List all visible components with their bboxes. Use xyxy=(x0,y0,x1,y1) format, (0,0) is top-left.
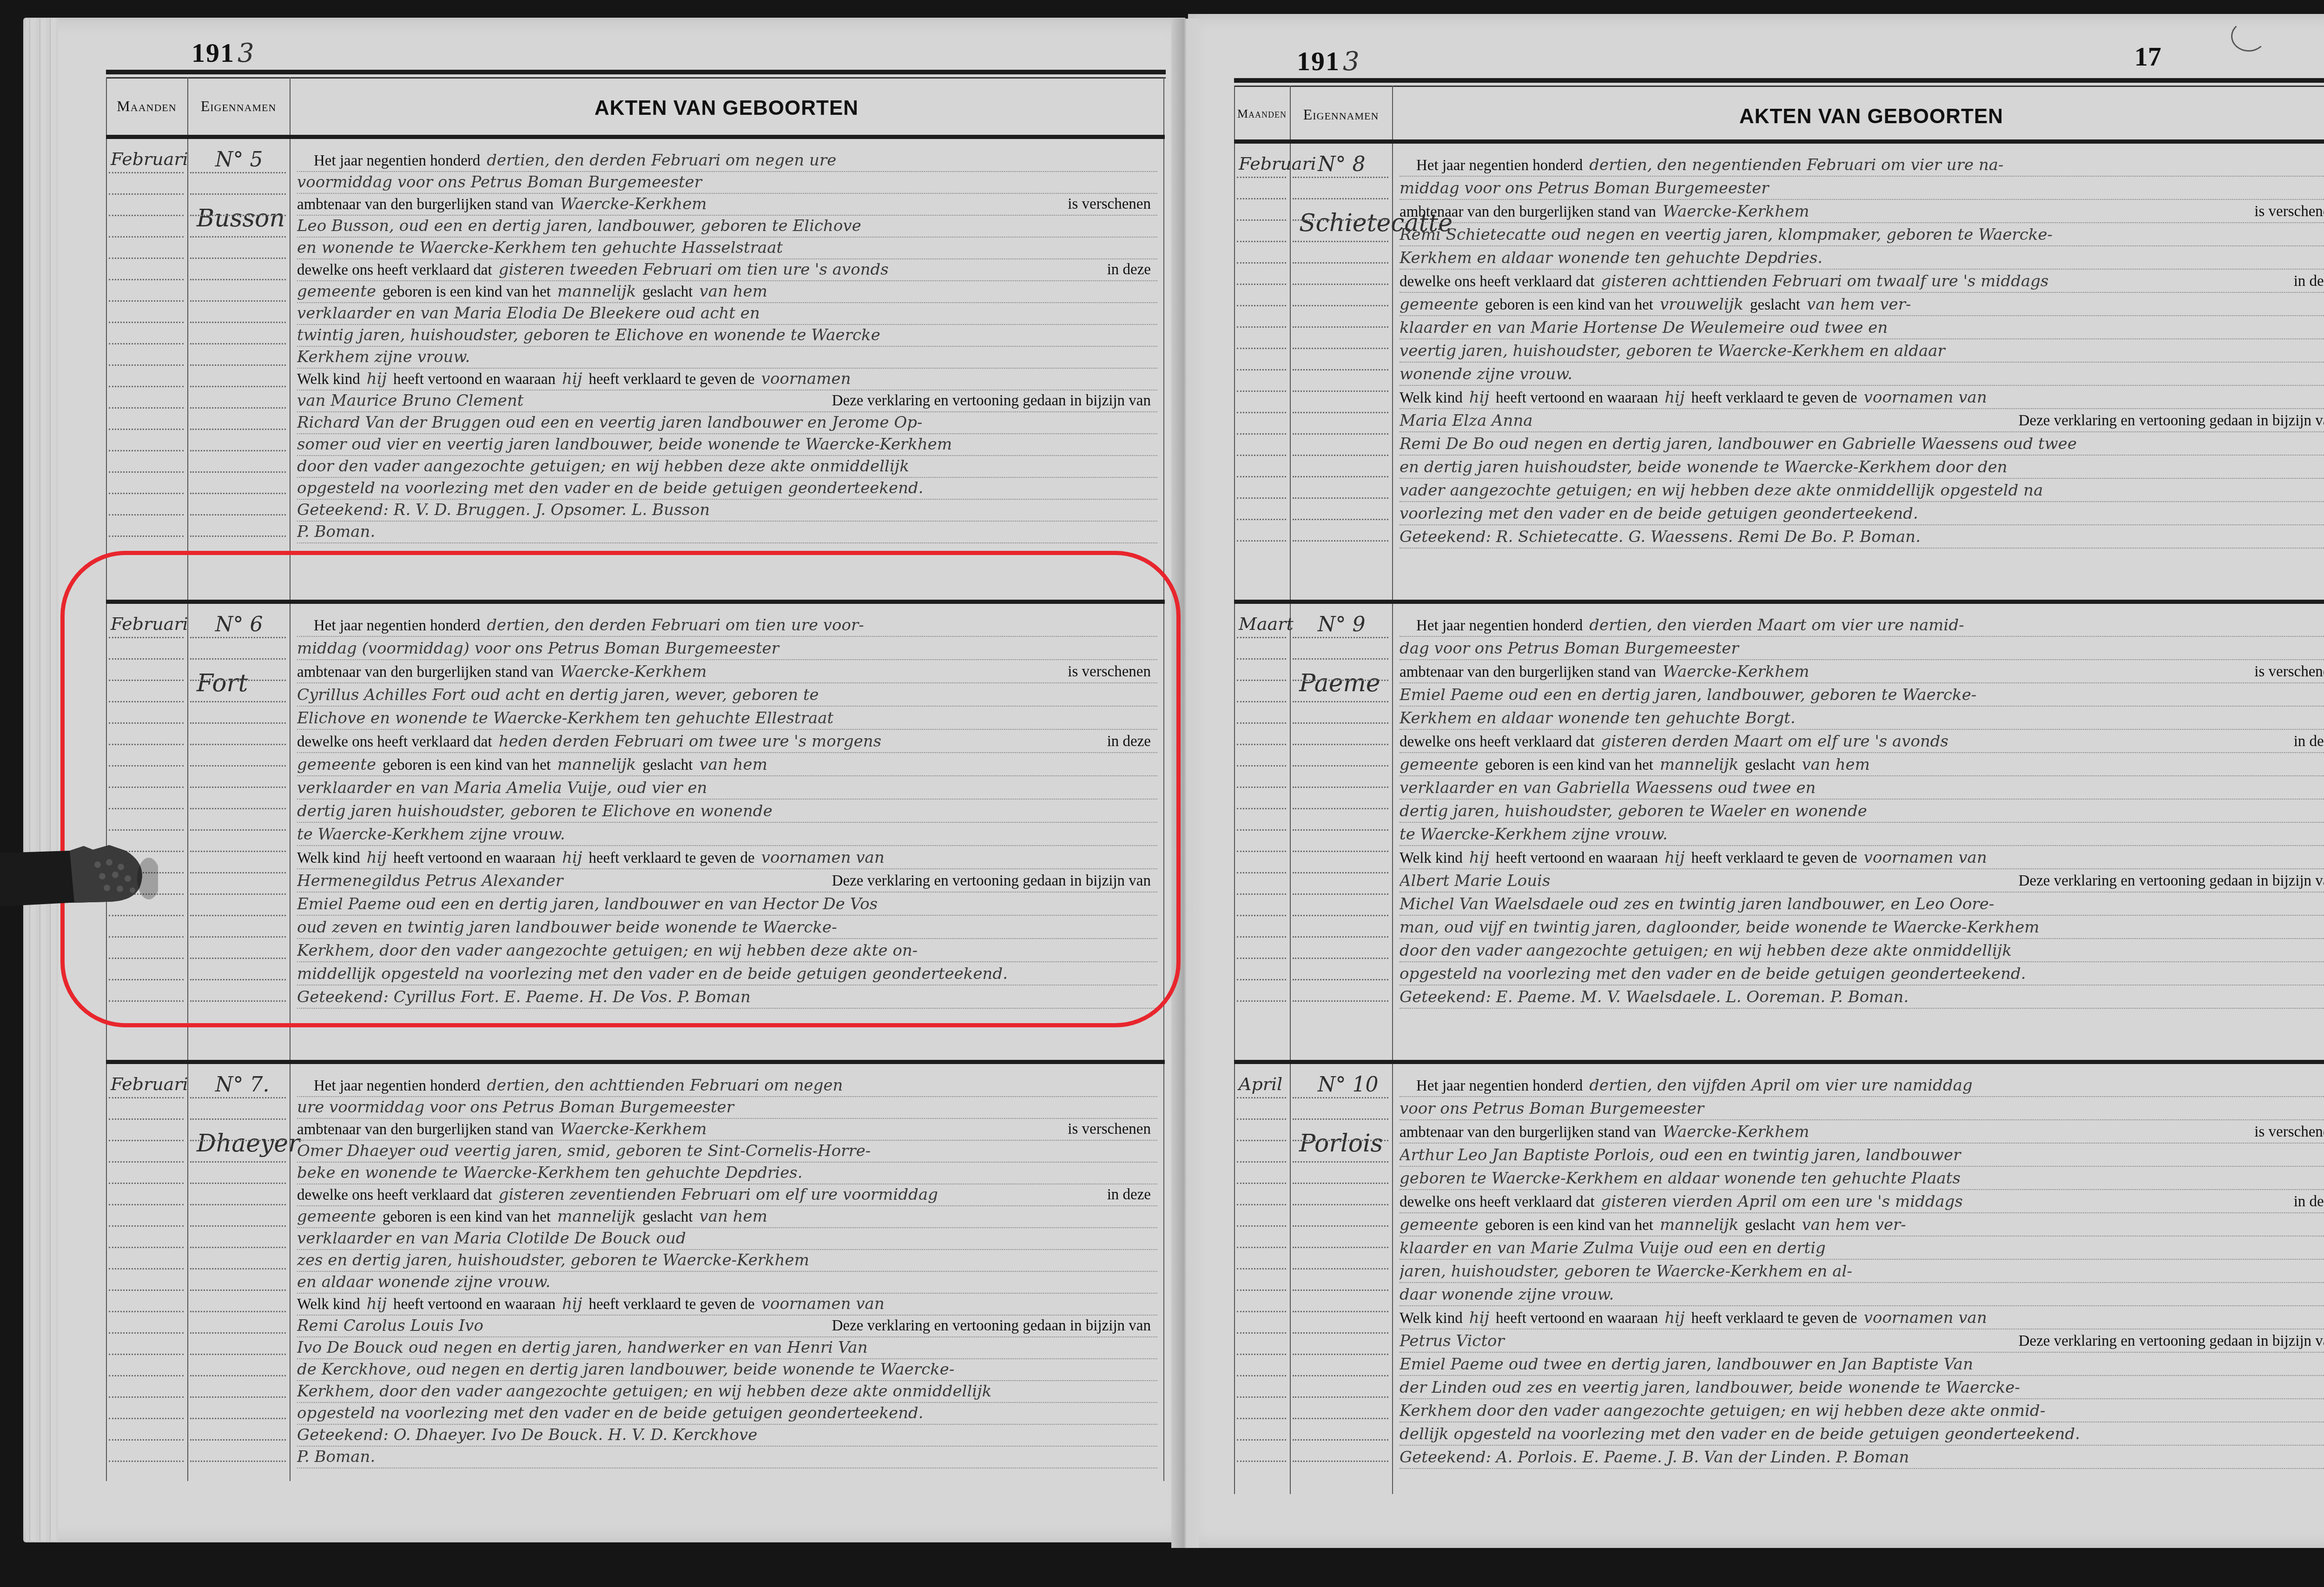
guide-line xyxy=(109,1332,184,1334)
record-line: van Maurice Bruno ClementDeze verklaring… xyxy=(297,390,1157,412)
record-line: verklaarder en van Maria Elodia De Bleek… xyxy=(297,303,1157,325)
guide-line xyxy=(190,1161,286,1163)
printed-form-text: dewelke ons heeft verklaard dat xyxy=(1400,1194,1595,1210)
record-line: vader aangezochte getuigen; en wij hebbe… xyxy=(1400,480,2324,502)
guide-line xyxy=(109,1461,184,1462)
guide-line xyxy=(1237,958,1286,959)
guide-line xyxy=(1293,476,1388,477)
printed-form-text: Welk kind xyxy=(297,1296,360,1313)
guide-line xyxy=(190,1225,286,1227)
guide-line xyxy=(1293,1461,1388,1462)
handwritten-text: mannelijk xyxy=(557,1207,636,1226)
guide-line xyxy=(1293,326,1388,328)
guide-line xyxy=(109,193,184,195)
handwritten-text: dertien, den negentienden Februari om vi… xyxy=(1589,156,2003,174)
guide-line xyxy=(1293,1311,1388,1312)
guide-line xyxy=(1237,326,1286,328)
guide-line xyxy=(1237,540,1286,542)
handwritten-text: opgesteld na voorlezing met den vader en… xyxy=(1400,965,2026,983)
record-text-block: Het jaar negentien honderddertien, den a… xyxy=(297,1075,1157,1475)
guide-line xyxy=(190,258,286,259)
record-line: door den vader aangezochte getuigen; en … xyxy=(1400,940,2324,962)
printed-form-text: in deze xyxy=(2294,271,2324,292)
printed-form-text: heeft verklaard te geven de xyxy=(1691,1310,1857,1327)
year-printed: 191 xyxy=(1297,46,1340,76)
handwritten-text: ure voormiddag voor ons Petrus Boman Bur… xyxy=(297,1098,734,1117)
record-line: somer oud vier en veertig jaren landbouw… xyxy=(297,434,1157,456)
record-line: gemeentegeboren is een kind van hetmanne… xyxy=(1400,1214,2324,1237)
handwritten-text: Geteekend: R. V. D. Bruggen. J. Opsomer.… xyxy=(297,501,710,519)
guide-line xyxy=(109,258,184,259)
guide-line xyxy=(1293,519,1388,520)
entry-number: N° 7. xyxy=(215,1073,269,1097)
guide-line xyxy=(1237,936,1286,938)
handwritten-text: en wonende te Waercke-Kerkhem ten gehuch… xyxy=(297,238,783,257)
guide-line xyxy=(190,1354,286,1355)
guide-line xyxy=(1237,1311,1286,1312)
guide-line xyxy=(1293,412,1388,413)
handwritten-text: man, oud vijf en twintig jaren, dagloond… xyxy=(1400,918,2040,937)
guide-line xyxy=(1237,497,1286,499)
guide-line xyxy=(1293,765,1388,767)
guide-line xyxy=(1237,701,1286,702)
record-line: P. Boman. xyxy=(297,1446,1157,1468)
handwritten-text: voor ons Petrus Boman Burgemeester xyxy=(1400,1099,1704,1118)
guide-line xyxy=(1237,1204,1286,1205)
guide-line xyxy=(190,1118,286,1120)
printed-form-text: geboren is een kind van het xyxy=(383,1209,551,1225)
record-line: Geteekend: O. Dhaeyer. Ivo De Bouck. H. … xyxy=(297,1424,1157,1447)
guide-line xyxy=(1237,177,1286,178)
guide-line xyxy=(109,343,184,344)
printed-form-text: is verschenen xyxy=(2254,1121,2324,1143)
handwritten-text: en dertig jaren huishoudster, beide wone… xyxy=(1400,458,2007,476)
handwritten-text: verklaarder en van Maria Elodia De Bleek… xyxy=(297,304,760,323)
printed-form-text: ambtenaar van den burgerlijken stand van xyxy=(1400,204,1656,220)
page-stack-edge xyxy=(26,19,58,1541)
guide-line xyxy=(1237,808,1286,809)
handwritten-text: Petrus Victor xyxy=(1400,1332,1505,1350)
header-top-rule-thin xyxy=(1234,86,2324,87)
handwritten-text: van Maurice Bruno Clement xyxy=(297,391,524,410)
header-maanden: Maanden xyxy=(1234,107,1290,121)
guide-line xyxy=(1237,369,1286,370)
handwritten-text: voornamen van xyxy=(1864,1309,1987,1327)
handwritten-text: Waercke-Kerkhem xyxy=(560,195,707,213)
printed-form-text: Welk kind xyxy=(1400,390,1463,406)
guide-line xyxy=(190,343,286,344)
guide-line xyxy=(1293,637,1388,638)
birth-record-entry: AprilN° 10PorloisHet jaar negentien hond… xyxy=(1234,1060,2324,1478)
guide-line xyxy=(190,386,286,387)
record-line: Geteekend: E. Paeme. M. V. Waelsdaele. L… xyxy=(1400,986,2324,1009)
guide-line xyxy=(190,1396,286,1398)
guide-line xyxy=(1293,851,1388,852)
guide-line xyxy=(1237,348,1286,349)
entry-number: N° 10 xyxy=(1318,1073,1378,1097)
guide-line xyxy=(1293,369,1388,370)
printed-form-text: ambtenaar van den burgerlijken stand van xyxy=(1400,664,1656,681)
handwritten-text: Richard Van der Bruggen oud een en veert… xyxy=(297,413,923,432)
guide-line xyxy=(1293,1418,1388,1419)
printed-form-text: Welk kind xyxy=(1400,850,1463,866)
printed-form-text: heeft verklaard te geven de xyxy=(588,1296,754,1313)
guide-line xyxy=(1237,1375,1286,1376)
guide-line xyxy=(190,536,286,537)
printed-form-text: is verschenen xyxy=(1068,193,1151,215)
printed-form-text: Deze verklaring en vertooning gedaan in … xyxy=(2019,870,2324,892)
handwritten-text: gisteren tweeden Februari om tien ure 's… xyxy=(499,260,889,279)
handwritten-text: Geteekend: A. Porlois. E. Paeme. J. B. V… xyxy=(1400,1448,1909,1467)
printed-form-text: Het jaar negentien honderd xyxy=(314,152,480,169)
record-line: Albert Marie LouisDeze verklaring en ver… xyxy=(1400,870,2324,893)
printed-form-text: geslacht xyxy=(1745,1217,1795,1234)
handwritten-text: gisteren zeventienden Februari om elf ur… xyxy=(499,1185,938,1204)
record-line: voorlezing met den vader en de beide get… xyxy=(1400,503,2324,525)
entry-month: Februari xyxy=(1239,153,1316,174)
handwritten-text: klaarder en van Marie Zulma Vuije oud ee… xyxy=(1400,1239,1826,1257)
guide-line xyxy=(109,1225,184,1227)
record-line: Het jaar negentien honderddertien, den n… xyxy=(1400,154,2324,177)
guide-line xyxy=(109,536,184,537)
handwritten-text: Michel Van Waelsdaele oud zes en twintig… xyxy=(1400,895,1994,913)
year-printed: 191 xyxy=(191,38,235,68)
handwritten-text: dag voor ons Petrus Boman Burgemeester xyxy=(1400,639,1739,658)
record-line: ambtenaar van den burgerlijken stand van… xyxy=(1400,1121,2324,1144)
guide-line xyxy=(1237,787,1286,788)
record-line: dewelke ons heeft verklaard datgisteren … xyxy=(1400,271,2324,293)
guide-line xyxy=(190,1375,286,1376)
handwritten-text: hij xyxy=(1664,1309,1684,1327)
guide-line xyxy=(1237,305,1286,306)
record-line: ambtenaar van den burgerlijken stand van… xyxy=(1400,661,2324,683)
guide-line xyxy=(1293,787,1388,788)
record-line: Leo Busson, oud een en dertig jaren, lan… xyxy=(297,215,1157,238)
header-top-rule xyxy=(1234,78,2324,83)
printed-form-text: heeft vertoond en waaraan xyxy=(393,371,555,388)
handwritten-text: der Linden oud zes en veertig jaren, lan… xyxy=(1400,1378,2020,1397)
guide-line xyxy=(1237,893,1286,895)
printed-form-text: heeft vertoond en waaraan xyxy=(393,1296,555,1313)
guide-line xyxy=(109,450,184,451)
record-line: Remi De Bo oud negen en dertig jaren, la… xyxy=(1400,433,2324,456)
guide-line xyxy=(1293,177,1388,178)
handwritten-text: hij xyxy=(1664,848,1684,867)
highlight-annotation-entry-6 xyxy=(60,551,1181,1027)
record-line: opgesteld na voorlezing met den vader en… xyxy=(297,1402,1157,1425)
handwritten-text: Albert Marie Louis xyxy=(1400,872,1550,890)
handwritten-text: Kerkhem en aldaar wonende ten gehuchte D… xyxy=(1400,249,1822,267)
printed-form-text: geboren is een kind van het xyxy=(1485,297,1653,313)
guide-line xyxy=(109,1439,184,1441)
entry-month: Februari xyxy=(111,149,188,169)
printed-form-text: dewelke ons heeft verklaard dat xyxy=(297,1187,492,1203)
record-line: Geteekend: A. Porlois. E. Paeme. J. B. V… xyxy=(1400,1447,2324,1469)
printed-form-text: geslacht xyxy=(1750,297,1800,313)
printed-form-text: Het jaar negentien honderd xyxy=(1416,157,1583,174)
record-line: wonende zijne vrouw. xyxy=(1400,364,2324,386)
printed-form-text: heeft verklaard te geven de xyxy=(1691,390,1857,406)
guide-line xyxy=(190,493,286,494)
printed-form-text: dewelke ons heeft verklaard dat xyxy=(1400,273,1595,290)
record-line: Het jaar negentien honderddertien, den v… xyxy=(1400,615,2324,637)
guide-line xyxy=(1237,1183,1286,1184)
handwritten-text: door den vader aangezochte getuigen; en … xyxy=(1400,941,2012,960)
guide-line xyxy=(109,1183,184,1184)
record-line: Het jaar negentien honderddertien, den a… xyxy=(297,1075,1157,1097)
guide-line xyxy=(1237,1396,1286,1398)
handwritten-text: hij xyxy=(1469,1309,1489,1327)
printed-form-text: Het jaar negentien honderd xyxy=(1416,1078,1583,1094)
entry-separator-rule xyxy=(1234,139,2324,144)
guide-line xyxy=(190,193,286,195)
handwritten-text: P. Boman. xyxy=(297,1448,375,1466)
handwritten-text: vrouwelijk xyxy=(1660,295,1743,314)
record-line: dewelke ons heeft verklaard datgisteren … xyxy=(1400,1191,2324,1213)
guide-line xyxy=(109,407,184,409)
record-line: Welk kindhijheeft vertoond en waaraanhij… xyxy=(297,1293,1157,1316)
guide-line xyxy=(1237,198,1286,199)
guide-line xyxy=(1237,262,1286,264)
handwritten-text: hij xyxy=(367,370,387,388)
record-line: Richard Van der Bruggen oud een en veert… xyxy=(297,412,1157,434)
guide-line xyxy=(1293,893,1388,895)
guide-line xyxy=(190,1439,286,1441)
entry-month: Maart xyxy=(1239,614,1294,634)
guide-line xyxy=(1237,637,1286,638)
record-line: Het jaar negentien honderddertien, den v… xyxy=(1400,1075,2324,1097)
guide-line xyxy=(1293,658,1388,660)
left-page-year: 1913 xyxy=(191,37,255,68)
guide-line xyxy=(109,172,184,173)
guide-line xyxy=(109,493,184,494)
handwritten-text: Emiel Paeme oud een en dertig jaren, lan… xyxy=(1400,686,1976,704)
guide-line xyxy=(109,1204,184,1205)
guide-line xyxy=(109,215,184,216)
guide-line xyxy=(109,322,184,323)
printed-form-text: is verschenen xyxy=(2254,201,2324,222)
record-line: Kerkhem, door den vader aangezochte getu… xyxy=(297,1381,1157,1403)
guide-line xyxy=(1293,915,1388,916)
guide-line xyxy=(1237,412,1286,413)
guide-line xyxy=(1293,540,1388,542)
handwritten-text: middag voor ons Petrus Boman Burgemeeste… xyxy=(1400,179,1769,198)
handwritten-text: te Waercke-Kerkhem zijne vrouw. xyxy=(1400,825,1668,844)
guide-line xyxy=(1293,390,1388,392)
guide-line xyxy=(1293,433,1388,435)
header-top-rule xyxy=(106,70,1166,74)
guide-line xyxy=(1237,851,1286,852)
record-line: verklaarder en van Maria Clotilde De Bou… xyxy=(297,1228,1157,1250)
guide-line xyxy=(1237,1097,1286,1098)
entry-separator-rule xyxy=(1234,600,2324,604)
guide-line xyxy=(1237,829,1286,831)
guide-line xyxy=(109,1289,184,1291)
handwritten-text: dertien, den vierden Maart om vier ure n… xyxy=(1589,616,1964,635)
record-line: Michel Van Waelsdaele oud zes en twintig… xyxy=(1400,893,2324,916)
guide-line xyxy=(190,172,286,173)
record-line: gemeentegeboren is een kind van hetmanne… xyxy=(1400,754,2324,776)
guide-line xyxy=(190,279,286,280)
handwritten-text: mannelijk xyxy=(557,282,636,301)
guide-line xyxy=(1293,701,1388,702)
handwritten-text: van hem ver- xyxy=(1807,295,1911,314)
record-line: Emiel Paeme oud een en dertig jaren, lan… xyxy=(1400,684,2324,707)
entry-surname: Dhaeyer xyxy=(197,1130,300,1157)
handwritten-text: voornamen xyxy=(761,370,851,388)
handwritten-text: jaren, huishoudster, geboren te Waercke-… xyxy=(1400,1262,1852,1281)
handwritten-text: Waercke-Kerkhem xyxy=(1663,662,1809,681)
guide-line xyxy=(1293,1225,1388,1227)
guide-line xyxy=(109,514,184,516)
record-line: verklaarder en van Gabriella Waessens ou… xyxy=(1400,777,2324,800)
record-line: dewelke ons heeft verklaard datgisteren … xyxy=(297,1184,1157,1206)
record-line: gemeentegeboren is een kind van hetmanne… xyxy=(297,281,1157,303)
printed-form-text: ambtenaar van den burgerlijken stand van xyxy=(297,1121,554,1138)
guide-line xyxy=(1293,1268,1388,1270)
guide-line xyxy=(1293,1000,1388,1002)
guide-line xyxy=(190,1418,286,1419)
guide-line xyxy=(1293,1247,1388,1248)
printed-form-text: geslacht xyxy=(642,284,693,300)
record-line: dewelke ons heeft verklaard datgisteren … xyxy=(1400,731,2324,753)
printed-form-text: heeft vertoond en waaraan xyxy=(1496,1310,1658,1327)
handwritten-text: hij xyxy=(1664,388,1684,407)
handwritten-text: Geteekend: R. Schietecatte. G. Waessens.… xyxy=(1400,528,1921,546)
entry-number: N° 9 xyxy=(1318,613,1365,636)
guide-line xyxy=(1293,1289,1388,1291)
guide-line xyxy=(1237,744,1286,745)
guide-line xyxy=(1293,262,1388,264)
guide-line xyxy=(1293,455,1388,456)
guide-line xyxy=(1293,497,1388,499)
guide-line xyxy=(190,236,286,238)
record-line: klaarder en van Marie Hortense De Weulem… xyxy=(1400,317,2324,339)
record-line: en wonende te Waercke-Kerkhem ten gehuch… xyxy=(297,237,1157,259)
guide-line xyxy=(1293,1140,1388,1141)
handwritten-text: Remi Carolus Louis Ivo xyxy=(297,1316,483,1335)
guide-line xyxy=(1237,433,1286,435)
guide-line xyxy=(1293,808,1388,809)
printed-form-text: in deze xyxy=(2294,1191,2324,1212)
handwritten-text: Remi De Bo oud negen en dertig jaren, la… xyxy=(1400,435,2077,453)
page-number: 17 xyxy=(2134,41,2161,72)
printed-form-text: Het jaar negentien honderd xyxy=(1416,617,1583,634)
printed-form-text: in deze xyxy=(1107,1184,1151,1205)
guide-line xyxy=(1293,1204,1388,1205)
record-text-block: Het jaar negentien honderddertien, den n… xyxy=(1400,154,2324,554)
printed-form-text: ambtenaar van den burgerlijken stand van xyxy=(297,196,554,213)
record-line: voor ons Petrus Boman Burgemeester xyxy=(1400,1098,2324,1120)
record-line: gemeentegeboren is een kind van hetvrouw… xyxy=(1400,294,2324,316)
handwritten-text: dertien, den achttienden Februari om neg… xyxy=(487,1076,843,1095)
guide-line xyxy=(190,450,286,451)
record-line: ambtenaar van den burgerlijken stand van… xyxy=(297,193,1157,216)
record-line: door den vader aangezochte getuigen; en … xyxy=(297,456,1157,478)
guide-line xyxy=(1293,979,1388,980)
guide-line xyxy=(1293,1354,1388,1355)
record-line: Welk kindhijheeft vertoond en waaraanhij… xyxy=(1400,1307,2324,1329)
record-line: Geteekend: R. Schietecatte. G. Waessens.… xyxy=(1400,526,2324,549)
guide-line xyxy=(109,1161,184,1163)
printed-form-text: is verschenen xyxy=(2254,661,2324,682)
header-akten-van-geboorten: Akten van Geboorten xyxy=(290,97,1163,120)
guide-line xyxy=(1293,198,1388,199)
guide-line xyxy=(1293,722,1388,724)
handwritten-text: hij xyxy=(1469,388,1489,407)
printed-form-text: is verschenen xyxy=(1068,1118,1151,1140)
guide-line xyxy=(1293,305,1388,306)
record-line: Kerkhem door den vader aangezochte getui… xyxy=(1400,1400,2324,1422)
guide-line xyxy=(109,386,184,387)
guide-line xyxy=(109,1140,184,1141)
handwritten-text: wonende zijne vrouw. xyxy=(1400,365,1572,384)
printed-form-text: Deze verklaring en vertooning gedaan in … xyxy=(2019,410,2324,431)
guide-line xyxy=(190,364,286,366)
printed-form-text: geboren is een kind van het xyxy=(1485,757,1653,774)
guide-line xyxy=(190,1289,286,1291)
handwritten-text: somer oud vier en veertig jaren landbouw… xyxy=(297,435,952,454)
handwritten-text: veertig jaren, huishoudster, geboren te … xyxy=(1400,342,1945,360)
guide-line xyxy=(190,514,286,516)
handwritten-text: hij xyxy=(367,1295,387,1313)
guide-line xyxy=(1293,680,1388,681)
record-line: der Linden oud zes en veertig jaren, lan… xyxy=(1400,1377,2324,1399)
handwritten-text: Waercke-Kerkhem xyxy=(1663,1123,1809,1141)
handwritten-text: hij xyxy=(1469,848,1489,867)
entry-month: Februari xyxy=(111,1074,188,1094)
guide-line xyxy=(1237,1140,1286,1141)
guide-line xyxy=(190,1268,286,1270)
record-line: daar wonende zijne vrouw. xyxy=(1400,1284,2324,1306)
guide-line xyxy=(1293,936,1388,938)
guide-line xyxy=(1293,1097,1388,1098)
guide-line xyxy=(1293,1332,1388,1334)
header-eigennamen: Eigennamen xyxy=(187,98,290,115)
handwritten-text: Omer Dhaeyer oud veertig jaren, smid, ge… xyxy=(297,1142,871,1160)
guide-line xyxy=(1293,219,1388,221)
record-line: Remi Carolus Louis IvoDeze verklaring en… xyxy=(297,1315,1157,1337)
guide-line xyxy=(109,1097,184,1098)
record-line: Welk kindhijheeft vertoond en waaraanhij… xyxy=(297,368,1157,390)
record-text-block: Het jaar negentien honderddertien, den d… xyxy=(297,150,1157,549)
guide-line xyxy=(109,1375,184,1376)
record-line: Remi Schietecatte oud negen en veertig j… xyxy=(1400,224,2324,246)
guide-line xyxy=(109,1418,184,1419)
record-line: Welk kindhijheeft vertoond en waaraanhij… xyxy=(1400,387,2324,409)
printed-form-text: dewelke ons heeft verklaard dat xyxy=(1400,734,1595,750)
guide-line xyxy=(1293,1439,1388,1441)
record-line: opgesteld na voorlezing met den vader en… xyxy=(297,477,1157,500)
guide-line xyxy=(1237,476,1286,477)
guide-line xyxy=(109,1247,184,1248)
handwritten-text: gemeente xyxy=(1400,1216,1479,1234)
guide-line xyxy=(109,471,184,473)
handwritten-text: mannelijk xyxy=(1660,755,1738,774)
guide-line xyxy=(190,1332,286,1334)
record-line: ambtenaar van den burgerlijken stand van… xyxy=(1400,201,2324,223)
guide-line xyxy=(1237,1461,1286,1462)
guide-line xyxy=(1237,722,1286,724)
handwritten-text: Leo Busson, oud een en dertig jaren, lan… xyxy=(297,217,861,235)
guide-line xyxy=(190,215,286,216)
record-line: dertig jaren, huishoudster, geboren te W… xyxy=(1400,800,2324,823)
guide-line xyxy=(190,322,286,323)
record-line: Emiel Paeme oud twee en dertig jaren, la… xyxy=(1400,1354,2324,1376)
record-line: Arthur Leo Jan Baptiste Porlois, oud een… xyxy=(1400,1144,2324,1167)
handwritten-text: voornamen van xyxy=(1864,388,1987,407)
handwritten-text: verklaarder en van Gabriella Waessens ou… xyxy=(1400,779,1816,797)
